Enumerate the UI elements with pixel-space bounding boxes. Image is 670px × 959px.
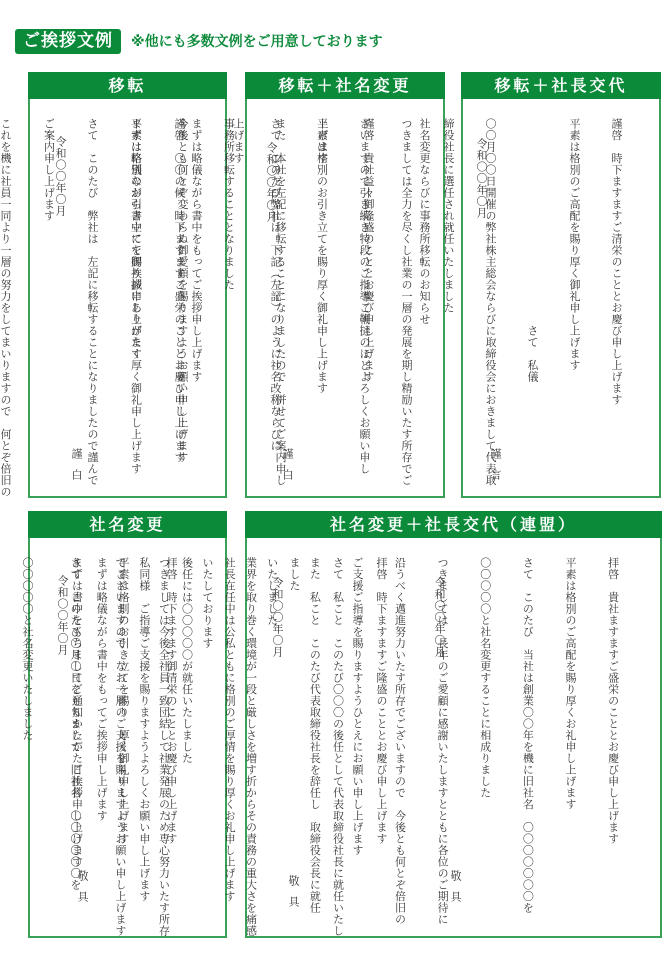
card-name-change-president-change-joint: 社名変更＋社長交代（連盟） 拝啓 貴社ますますご盛栄のこととお慶び申し上げます … <box>245 511 662 938</box>
header-note: ※他にも多数文例をご用意しております <box>131 31 383 51</box>
card-relocation-president-change: 移転＋社長交代 謹啓 時下ますますご清栄のこととお慶び申し上げます 平素は格別の… <box>461 72 661 498</box>
card-title: 移転＋社長交代 <box>461 72 661 99</box>
card-title: 社名変更 <box>28 511 227 538</box>
letter-date: 令和〇〇年〇月 <box>52 136 68 217</box>
letter-closing: 謹言 <box>487 448 503 490</box>
card-title: 移転 <box>28 72 227 99</box>
section-badge: ご挨拶文例 <box>15 29 121 54</box>
letter-closing-president: 敬具 <box>285 875 301 917</box>
letter-date: 令和〇〇年〇月 <box>473 138 489 219</box>
page-header: ご挨拶文例 ※他にも多数文例をご用意しております <box>15 28 383 54</box>
letter-closing: 謹白 <box>68 448 84 490</box>
letter-body-president: 拝啓 時下ますますご隆盛のこととお慶び申し上げます さて 私こと このたび〇〇〇… <box>297 557 417 917</box>
letter-date-president: 令和〇〇年〇月 <box>269 577 285 658</box>
letter-date-company: 令和〇〇年〇月 <box>431 577 447 658</box>
card-title: 移転＋社名変更 <box>245 72 445 99</box>
letter-body: 謹啓 時下ますますご清栄のこととお慶び申し上げます 平素は格別のご高配を賜り厚く… <box>161 118 651 478</box>
letter-closing-company: 敬具 <box>447 870 463 912</box>
card-title: 社名変更＋社長交代（連盟） <box>245 511 662 538</box>
